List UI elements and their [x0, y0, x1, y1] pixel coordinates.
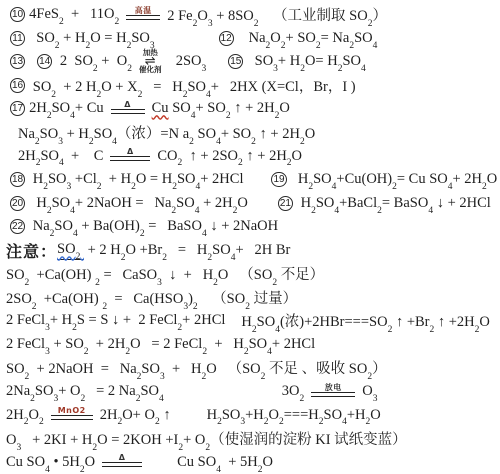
equation-line: 2SO2 +Ca(OH) 2 = Ca(HSO3)2 （SO2 过量）	[4, 286, 498, 310]
condition-text: Δ	[124, 100, 131, 109]
condition-text: 放电	[325, 383, 342, 392]
circled-number-icon: 14	[37, 54, 52, 69]
equation-line: 注意：SO2 + 2 H2O +Br2 = H2SO4+ 2H Br	[4, 238, 498, 262]
equation-line: 2 FeCl3+ H2S = S ↓ + 2 FeCl2+ 2HClH2SO4(…	[4, 309, 498, 333]
formula-text: H2SO3 +Cl2 + H2O = H2SO4+ 2HCl	[29, 171, 243, 188]
circled-number-icon: 16	[10, 78, 25, 93]
equation-line: 172H2SO4+ CuΔCu SO4+ SO2 ↑ + 2H2O	[4, 97, 498, 121]
circled-number-icon: 22	[10, 219, 25, 234]
circled-number-icon: 18	[10, 172, 25, 187]
formula-text: Na2SO3 + H2SO4（浓）=N a2 SO4+ SO2 ↑ + 2H2O	[18, 122, 315, 143]
equation-line: 104FeS2 + 11O2高温2 Fe2O3 + 8SO2 （工业制取 SO2…	[4, 3, 498, 27]
formula-text: H2SO4+ 2NaOH = Na2SO4 + 2H2O	[29, 195, 248, 212]
formula-text: SO2 +Ca(OH) 2 = CaSO3 ↓ + H2O （SO2 不足）	[6, 263, 324, 284]
condition-text: 催化剂	[139, 66, 162, 74]
column-spacer	[29, 61, 35, 62]
double-bar-equals-icon	[111, 109, 145, 114]
circled-number-icon: 17	[10, 101, 25, 116]
circled-number-icon: 15	[228, 54, 243, 69]
formula-text: SO4+ SO2 ↑ + 2H2O	[169, 100, 290, 117]
reaction-condition-over-equals: Δ	[102, 453, 142, 467]
formula-text: Cu SO4 • 5H2O	[6, 454, 95, 471]
equation-line: Na2SO3 + H2SO4（浓）=N a2 SO4+ SO2 ↑ + 2H2O	[4, 121, 498, 145]
column-spacer	[155, 38, 217, 39]
formula-text: SO2 + 2 H2O + X2 = H2SO4+ 2HX (X=Cl，Br，I…	[29, 75, 356, 96]
formula-text: + 2 H2O +Br2 = H2SO4+ 2H Br	[84, 242, 290, 259]
equation-line: 2Na2SO3+ O2 = 2 Na2SO43O2放电O3	[4, 380, 498, 404]
circled-number-icon: 12	[219, 31, 234, 46]
formula-text: 2H2O+ O2 ↑	[100, 407, 171, 424]
formula-text: H2SO4+Cu(OH)2= Cu SO4+ 2H2O	[291, 171, 498, 188]
equation-line: SO2 +Ca(OH) 2 = CaSO3 ↓ + H2O （SO2 不足）	[4, 262, 498, 286]
column-spacer	[225, 320, 241, 321]
formula-text: SO2 + 2NaOH = Na2SO3 + H2O （SO2 不足 、吸收 S…	[6, 357, 387, 378]
formula-text: 2H2SO4 + C	[18, 148, 103, 165]
formula-text: 2Na2SO3+ O2 = 2 Na2SO4	[6, 383, 164, 400]
formula-text: H2SO4+BaCl2= BaSO4 ↓ + 2HCl	[297, 195, 491, 212]
reaction-condition-over-equals: 放电	[311, 383, 355, 397]
circled-number-icon: 10	[10, 7, 25, 22]
formula-text: 2 Fe2O3 + 8SO2 （工业制取 SO2）	[167, 4, 387, 25]
formula-text: Cu SO4 + 5H2O	[177, 454, 273, 471]
formula-text: 2SO3	[168, 53, 206, 70]
equation-line: 20 H2SO4+ 2NaOH = Na2SO4 + 2H2O21 H2SO4+…	[4, 191, 498, 215]
column-spacer	[243, 179, 269, 180]
equation-line: 22 Na2SO4 + Ba(OH)2 = BaSO4 ↓ + 2NaOH	[4, 215, 498, 239]
reversible-reaction-condition: 加热⇌催化剂	[139, 49, 162, 74]
formula-text: Na2SO4 + Ba(OH)2 = BaSO4 ↓ + 2NaOH	[29, 218, 278, 235]
equation-line: 2 FeCl3 + SO2 + 2H2O = 2 FeCl2 + H2SO4+ …	[4, 333, 498, 357]
equation-line: 18 H2SO3 +Cl2 + H2O = H2SO4+ 2HCl19 H2SO…	[4, 168, 498, 192]
equation-line: SO2 + 2NaOH = Na2SO3 + H2O （SO2 不足 、吸收 S…	[4, 356, 498, 380]
formula-text: 4FeS2 + 11O2	[29, 6, 119, 23]
formula-text: 2 FeCl3 + SO2 + 2H2O = 2 FeCl2 + H2SO4+ …	[6, 336, 315, 353]
circled-number-icon: 21	[278, 196, 293, 211]
formula-text: H2SO3+H2O2===H2SO4+H2O	[207, 407, 381, 424]
formula-text: Na2O2+ SO2= Na2SO4	[238, 30, 378, 47]
column-spacer	[248, 203, 276, 204]
formula-text: SO3+ H2O= H2SO4	[247, 53, 365, 70]
double-bar-equals-icon	[110, 156, 150, 161]
equation-line: 11 SO2 + H2O = H2SO312 Na2O2+ SO2= Na2SO…	[4, 27, 498, 51]
column-spacer	[164, 391, 282, 392]
circled-number-icon: 11	[10, 31, 25, 46]
equation-line: Cu SO4 • 5H2OΔCu SO4 + 5H2O	[4, 450, 498, 474]
condition-text: Δ	[127, 147, 134, 156]
condition-text: Δ	[119, 453, 126, 462]
formula-text: O3	[362, 383, 377, 400]
reaction-condition-over-equals: MnO2	[51, 406, 93, 420]
formula-text: 2H2SO4+ Cu	[29, 100, 104, 117]
reaction-condition-over-equals: Δ	[111, 100, 145, 114]
formula-text: CO2 ↑ + 2SO2 ↑ + 2H2O	[157, 148, 302, 165]
formula-text: Cu	[152, 100, 169, 117]
formula-text: 3O2	[282, 383, 304, 400]
equation-line: 16 SO2 + 2 H2O + X2 = H2SO4+ 2HX (X=Cl，B…	[4, 74, 498, 98]
column-spacer	[206, 61, 226, 62]
formula-text: 2H2O2	[6, 407, 44, 424]
equation-line: 2H2SO4 + CΔCO2 ↑ + 2SO2 ↑ + 2H2O	[4, 144, 498, 168]
equation-line: 2H2O2MnO22H2O+ O2 ↑H2SO3+H2O2===H2SO4+H2…	[4, 403, 498, 427]
circled-number-icon: 19	[271, 172, 286, 187]
chemistry-equations-document: 104FeS2 + 11O2高温2 Fe2O3 + 8SO2 （工业制取 SO2…	[0, 0, 500, 474]
equation-line: O3 + 2KI + H2O = 2KOH +I2+ O2（使湿润的淀粉 KI …	[4, 427, 498, 451]
double-bar-equals-icon	[102, 462, 142, 467]
equation-line: 1314 2 SO2 + O2加热⇌催化剂 2SO315 SO3+ H2O= H…	[4, 50, 498, 74]
reaction-condition-over-equals: 高温	[126, 6, 160, 20]
double-bar-equals-icon	[51, 415, 93, 420]
formula-text: 2SO2 +Ca(OH) 2 = Ca(HSO3)2 （SO2 过量）	[6, 287, 297, 308]
formula-text: SO2 + H2O = H2SO3	[29, 30, 155, 47]
formula-text: O3 + 2KI + H2O = 2KOH +I2+ O2（使湿润的淀粉 KI …	[6, 428, 407, 449]
formula-text: SO2	[57, 241, 84, 260]
double-bar-equals-icon	[126, 15, 160, 20]
equation-list: 104FeS2 + 11O2高温2 Fe2O3 + 8SO2 （工业制取 SO2…	[4, 3, 498, 474]
column-spacer	[171, 415, 207, 416]
formula-text: H2SO4(浓)+2HBr===SO2 ↑ +Br2 ↑ +2H2O	[241, 310, 489, 331]
circled-number-icon: 20	[10, 196, 25, 211]
column-spacer	[149, 462, 177, 463]
reaction-condition-over-equals: Δ	[110, 147, 150, 161]
note-label: 注意：	[6, 239, 57, 262]
condition-text: MnO2	[58, 406, 86, 415]
circled-number-icon: 13	[10, 54, 25, 69]
double-bar-equals-icon	[311, 392, 355, 397]
formula-text: 2 FeCl3+ H2S = S ↓ + 2 FeCl2+ 2HCl	[6, 312, 225, 329]
formula-text: 2 SO2 + O2	[56, 53, 132, 70]
condition-text: 高温	[135, 6, 152, 15]
